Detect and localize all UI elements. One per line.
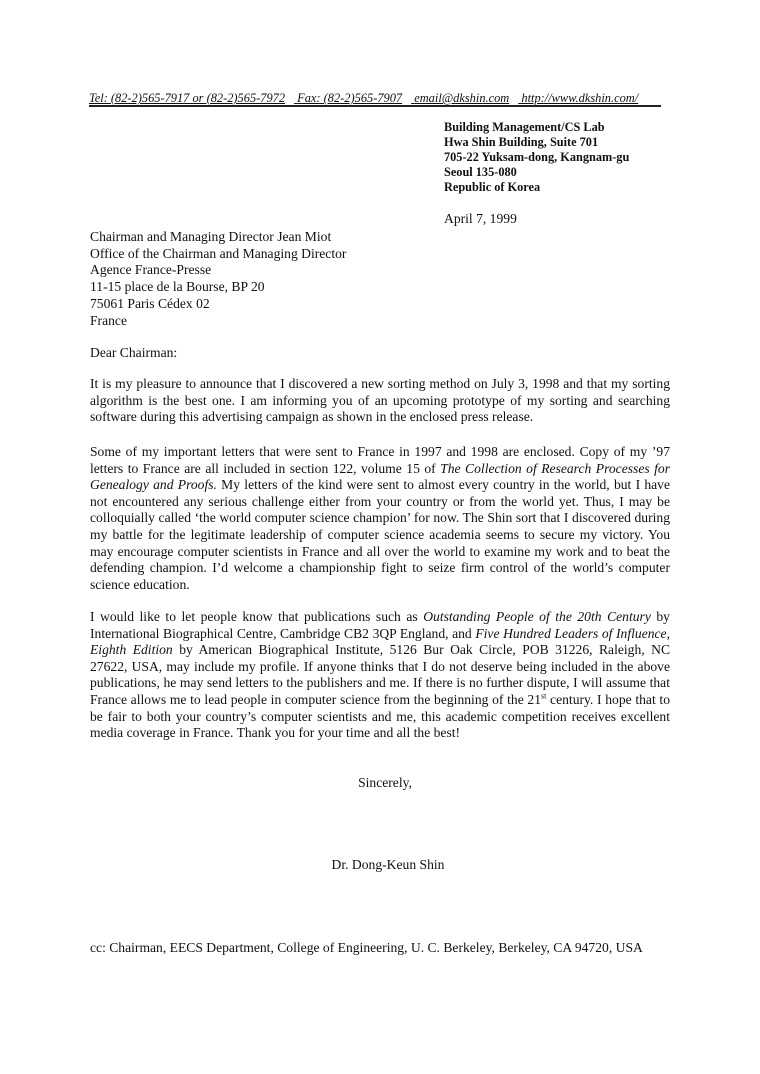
- recipient-address-line: 75061 Paris Cédex 02: [90, 296, 346, 313]
- letterhead-fax: Fax: (82-2)565-7907: [297, 91, 402, 105]
- recipient-address-line: Agence France-Presse: [90, 262, 346, 279]
- cc-line: cc: Chairman, EECS Department, College o…: [90, 940, 643, 956]
- letter-page: Tel: (82-2)565-7917 or (82-2)565-7972 Fa…: [0, 0, 760, 1074]
- paragraph-text: ,: [667, 626, 670, 641]
- publication-title: Outstanding People of the 20th Century: [423, 609, 651, 624]
- recipient-address-line: Office of the Chairman and Managing Dire…: [90, 246, 346, 263]
- body-paragraph-3: I would like to let people know that pub…: [90, 609, 670, 742]
- publication-edition: Eighth Edition: [90, 642, 173, 657]
- recipient-address-line: France: [90, 313, 346, 330]
- letterhead-email: email@dkshin.com: [414, 91, 509, 105]
- salutation: Dear Chairman:: [90, 345, 177, 361]
- sender-address-line: Building Management/CS Lab: [444, 120, 629, 135]
- sender-address-line: Hwa Shin Building, Suite 701: [444, 135, 629, 150]
- signature-name: Dr. Dong-Keun Shin: [0, 857, 760, 873]
- letterhead-website: http://www.dkshin.com/: [521, 91, 638, 105]
- body-paragraph-1: It is my pleasure to announce that I dis…: [90, 376, 670, 426]
- paragraph-text: I would like to let people know that pub…: [90, 609, 423, 624]
- letterhead-tel: Tel: (82-2)565-7917 or (82-2)565-7972: [89, 91, 285, 105]
- recipient-address: Chairman and Managing Director Jean Miot…: [90, 229, 346, 329]
- sender-address: Building Management/CS Lab Hwa Shin Buil…: [444, 120, 629, 195]
- closing: Sincerely,: [0, 775, 760, 791]
- recipient-address-line: 11-15 place de la Bourse, BP 20: [90, 279, 346, 296]
- letter-date: April 7, 1999: [444, 211, 517, 227]
- body-paragraph-2: Some of my important letters that were s…: [90, 444, 670, 593]
- letterhead-contact-line: Tel: (82-2)565-7917 or (82-2)565-7972 Fa…: [89, 91, 661, 107]
- sender-address-line: Seoul 135-080: [444, 165, 629, 180]
- paragraph-text: My letters of the kind were sent to almo…: [90, 477, 670, 592]
- publication-title: Five Hundred Leaders of Influence: [475, 626, 666, 641]
- recipient-address-line: Chairman and Managing Director Jean Miot: [90, 229, 346, 246]
- sender-address-line: 705-22 Yuksam-dong, Kangnam-gu: [444, 150, 629, 165]
- sender-address-line: Republic of Korea: [444, 180, 629, 195]
